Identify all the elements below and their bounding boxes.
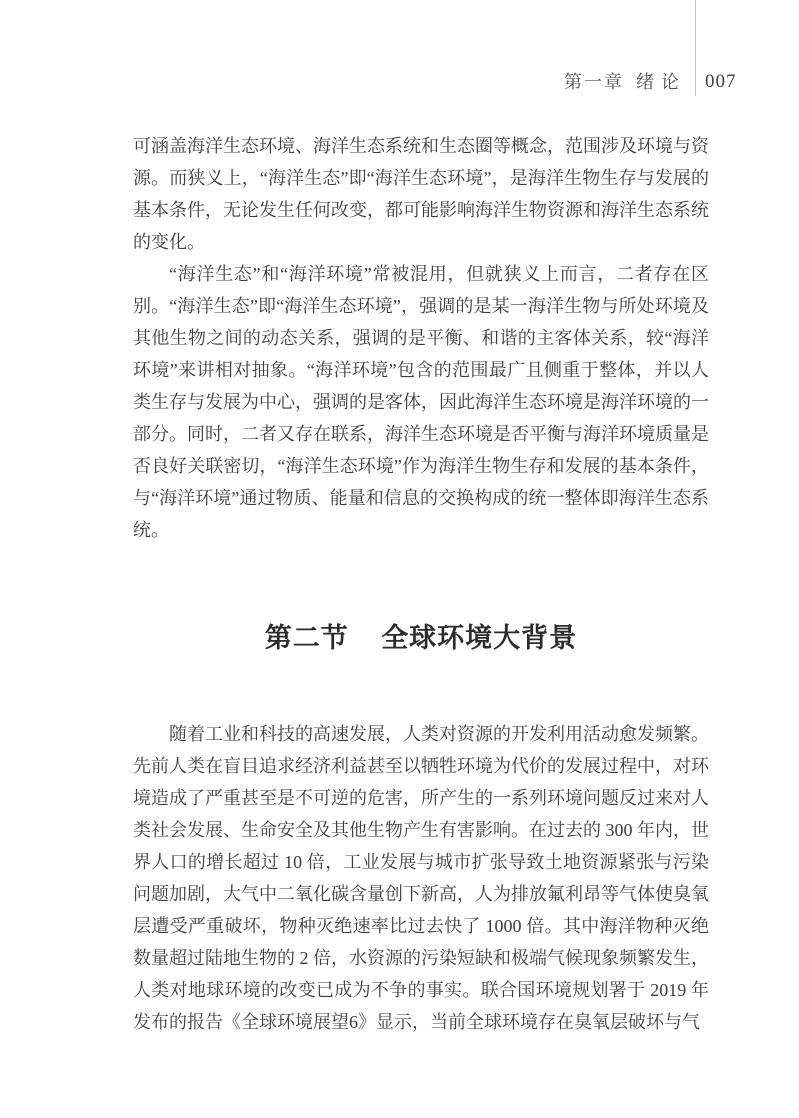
- running-head: 第一章绪论: [0, 70, 686, 94]
- section-heading-number: 第二节: [265, 623, 349, 653]
- paragraph-eco-vs-environment: “海洋生态”和“海洋环境”常被混用，但就狭义上而言，二者存在区别。“海洋生态”即…: [133, 258, 709, 546]
- section-label: 绪论: [636, 72, 686, 92]
- section-heading-title: 全球环境大背景: [381, 623, 577, 653]
- text-block: 可涵盖海洋生态环境、海洋生态系统和生态圈等概念，范围涉及环境与资源。而狭义上，“…: [133, 130, 709, 1038]
- paragraph-marine-eco-definition: 可涵盖海洋生态环境、海洋生态系统和生态圈等概念，范围涉及环境与资源。而狭义上，“…: [133, 130, 709, 258]
- header-divider-rule: [695, 0, 696, 96]
- page-number: 007: [705, 70, 737, 94]
- book-page: { "header": { "chapter": "第一章", "chapter…: [0, 0, 799, 1118]
- paragraph-global-environment: 随着工业和科技的高速发展，人类对资源的开发利用活动愈发频繁。先前人类在盲目追求经…: [133, 718, 709, 1038]
- chapter-label: 第一章: [564, 72, 624, 92]
- section-heading: 第二节全球环境大背景: [133, 618, 709, 658]
